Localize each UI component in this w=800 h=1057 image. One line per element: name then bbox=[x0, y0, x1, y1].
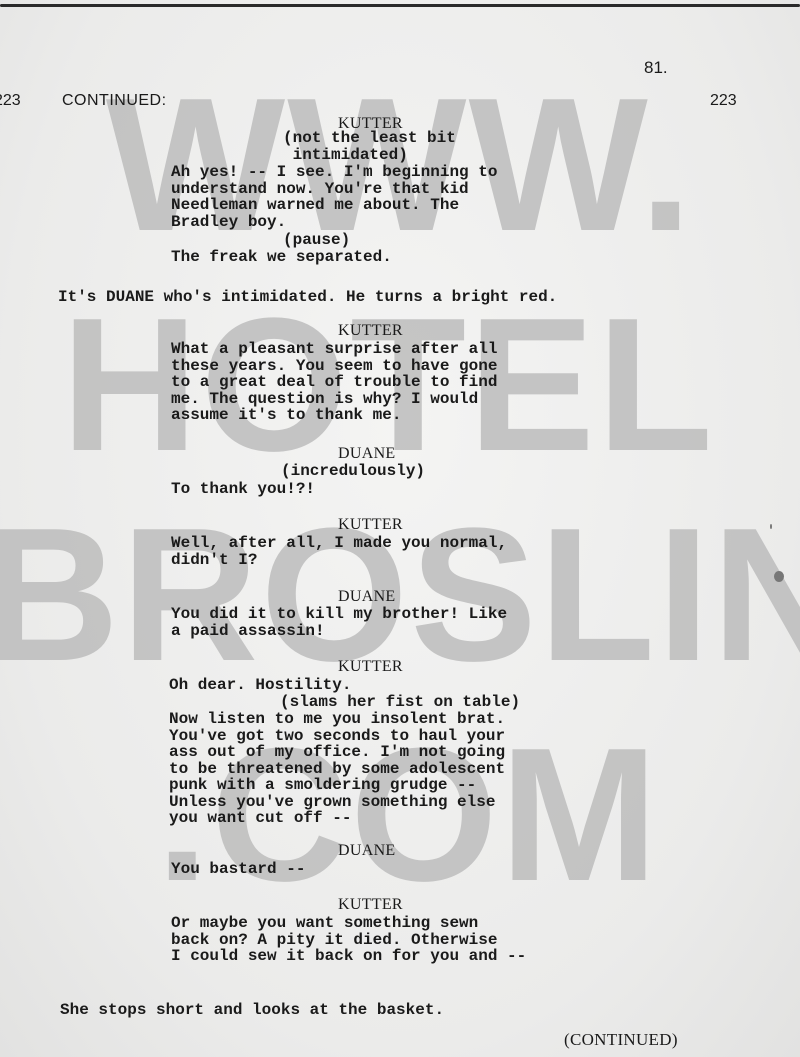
script-page: WWW. HOTEL BROSLIN .COM 81. 223 CONTINUE… bbox=[0, 0, 800, 1057]
dialogue: What a pleasant surprise after all these… bbox=[171, 341, 497, 424]
dialogue: The freak we separated. bbox=[171, 249, 392, 266]
footer-continued: (CONTINUED) bbox=[564, 1032, 678, 1049]
paper-speck bbox=[770, 524, 772, 529]
dialogue: Well, after all, I made you normal, didn… bbox=[171, 535, 507, 568]
parenthetical: (incredulously) bbox=[281, 463, 425, 480]
character-name: KUTTER bbox=[338, 897, 403, 914]
dialogue: You did it to kill my brother! Like a pa… bbox=[171, 606, 507, 639]
parenthetical: (slams her fist on table) bbox=[280, 694, 520, 711]
character-name: DUANE bbox=[338, 589, 396, 606]
character-name: DUANE bbox=[338, 446, 396, 463]
character-name: KUTTER bbox=[338, 659, 403, 676]
paper-speck bbox=[774, 571, 784, 582]
dialogue: You bastard -- bbox=[171, 861, 305, 878]
character-name: KUTTER bbox=[338, 517, 403, 534]
page-top-edge bbox=[0, 4, 800, 7]
character-name: DUANE bbox=[338, 843, 396, 860]
dialogue: Oh dear. Hostility. bbox=[169, 677, 351, 694]
dialogue: To thank you!?! bbox=[171, 481, 315, 498]
parenthetical: (pause) bbox=[283, 232, 350, 249]
action-line: She stops short and looks at the basket. bbox=[60, 1002, 444, 1019]
continued-heading: CONTINUED: bbox=[62, 93, 167, 110]
scene-number-right: 223 bbox=[710, 93, 737, 110]
action-line: It's DUANE who's intimidated. He turns a… bbox=[58, 289, 557, 306]
dialogue: Or maybe you want something sewn back on… bbox=[171, 915, 526, 965]
page-number: 81. bbox=[644, 60, 668, 77]
dialogue: Now listen to me you insolent brat. You'… bbox=[169, 711, 505, 827]
parenthetical: (not the least bit intimidated) bbox=[283, 130, 456, 163]
character-name: KUTTER bbox=[338, 323, 403, 340]
scene-number-left: 223 bbox=[0, 93, 21, 110]
dialogue: Ah yes! -- I see. I'm beginning to under… bbox=[171, 164, 497, 230]
